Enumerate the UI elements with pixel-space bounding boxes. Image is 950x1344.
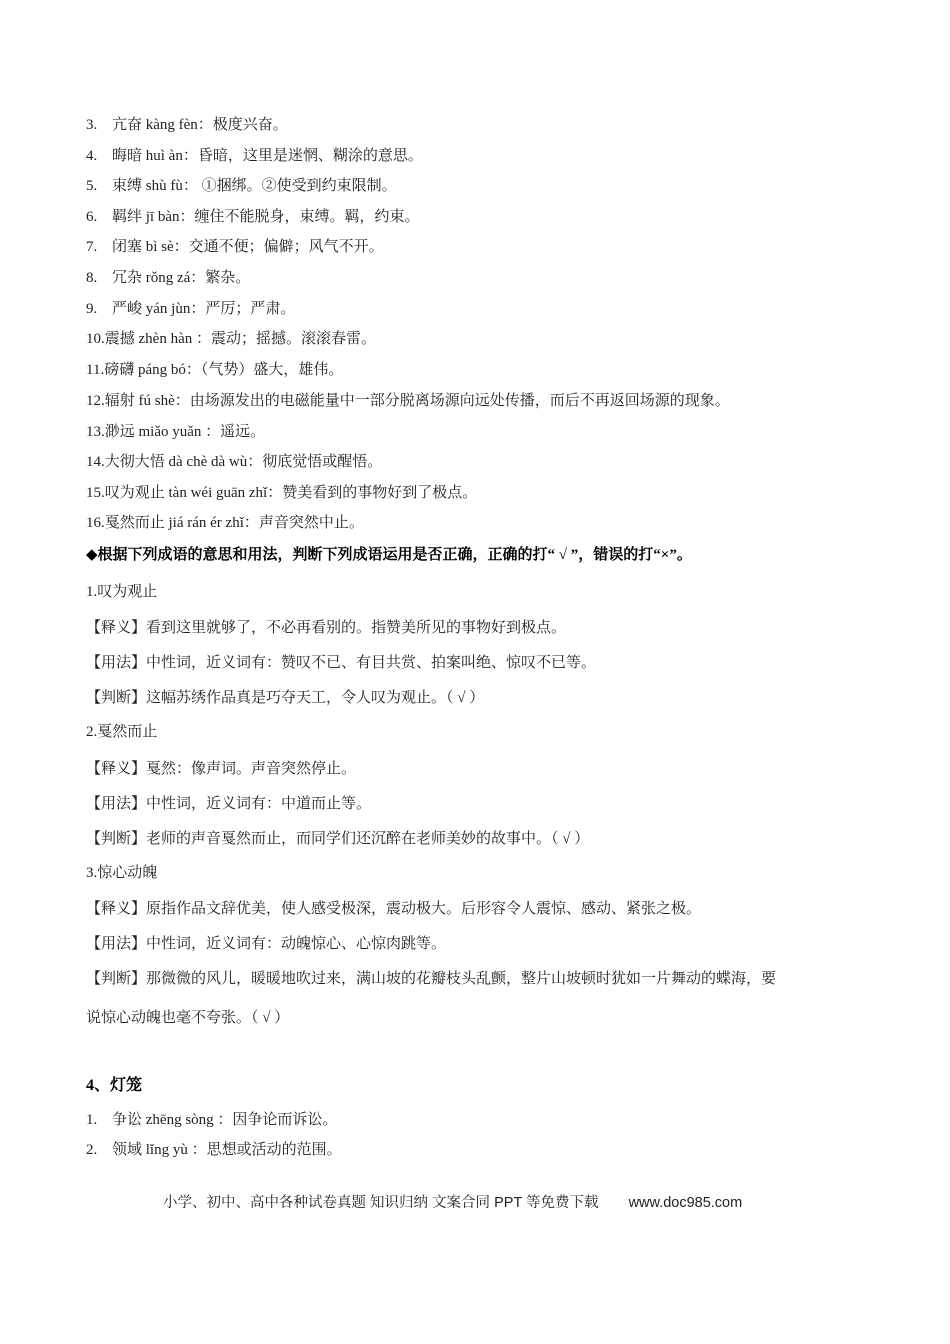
item-number: 6. [86, 207, 112, 227]
item-text: 大彻大悟 dà chè dà wù：彻底觉悟或醒悟。 [105, 454, 382, 470]
item-text: 羁绊 jī bàn：缠住不能脱身，束缚。羁，约束。 [112, 209, 420, 225]
vocab-item: 2.领域 lǐng yù ：思想或活动的范围。 [86, 1140, 342, 1160]
idiom-meaning: 【释义】原指作品文辞优美，使人感受极深，震动极大。后形容令人震惊、感动、紧张之极… [86, 899, 701, 919]
item-text: 冗杂 rǒng zá：繁杂。 [112, 270, 250, 286]
vocab-item: 5.束缚 shù fù： ①捆绑。②使受到约束限制。 [86, 176, 397, 196]
item-text: 渺远 miǎo yuǎn ：遥远。 [105, 424, 265, 440]
item-text: 叹为观止 tàn wéi guān zhǐ：赞美看到的事物好到了极点。 [105, 485, 477, 501]
item-text: 严峻 yán jùn：严厉；严肃。 [112, 301, 295, 317]
idiom-judgment: 【判断】这幅苏绣作品真是巧夺天工，令人叹为观止。（ √ ） [86, 688, 484, 708]
item-number: 8. [86, 268, 112, 288]
vocab-item: 15.叹为观止 tàn wéi guān zhǐ：赞美看到的事物好到了极点。 [86, 483, 477, 503]
item-number: 1. [86, 1110, 112, 1130]
item-number: 16. [86, 513, 105, 533]
item-number: 14. [86, 452, 105, 472]
vocab-item: 16.戛然而止 jiá rán ér zhǐ：声音突然中止。 [86, 513, 364, 533]
item-text: 亢奋 kàng fèn：极度兴奋。 [112, 117, 288, 133]
item-text: 震撼 zhèn hàn ：震动；摇撼。滚滚春雷。 [105, 331, 376, 347]
footer-url[interactable]: www.doc985.com [629, 1195, 743, 1211]
idiom-title: 3.惊心动魄 [86, 863, 157, 883]
item-text: 领域 lǐng yù ：思想或活动的范围。 [112, 1142, 342, 1158]
idiom-judgment-continued: 说惊心动魄也毫不夸张。（ √ ） [86, 1008, 289, 1028]
item-number: 11. [86, 360, 104, 380]
idiom-title: 2.戛然而止 [86, 722, 157, 742]
vocab-item: 12.辐射 fú shè：由场源发出的电磁能量中一部分脱离场源向远处传播，而后不… [86, 391, 730, 411]
idiom-meaning: 【释义】看到这里就够了，不必再看别的。指赞美所见的事物好到极点。 [86, 618, 566, 638]
vocab-item: 7.闭塞 bì sè：交通不便；偏僻；风气不开。 [86, 237, 384, 257]
section-heading: 4、灯笼 [86, 1076, 142, 1096]
item-text: 磅礴 páng bó：（气势）盛大，雄伟。 [104, 362, 343, 378]
vocab-item: 4.晦暗 huì àn：昏暗，这里是迷惘、糊涂的意思。 [86, 146, 423, 166]
idiom-title: 1.叹为观止 [86, 582, 157, 602]
item-number: 5. [86, 176, 112, 196]
idiom-usage: 【用法】中性词，近义词有：动魄惊心、心惊肉跳等。 [86, 934, 446, 954]
item-number: 7. [86, 237, 112, 257]
document-page: 3.亢奋 kàng fèn：极度兴奋。 4.晦暗 huì àn：昏暗，这里是迷惘… [0, 0, 950, 1344]
idiom-judgment: 【判断】那微微的风儿，暖暖地吹过来，满山坡的花瓣枝头乱颤，整片山坡顿时犹如一片舞… [86, 969, 776, 989]
item-number: 3. [86, 115, 112, 135]
exercise-instruction: ◆根据下列成语的意思和用法，判断下列成语运用是否正确，正确的打“ √ ”，错误的… [86, 545, 692, 565]
item-number: 10. [86, 329, 105, 349]
item-number: 15. [86, 483, 105, 503]
vocab-item: 13.渺远 miǎo yuǎn ：遥远。 [86, 422, 265, 442]
idiom-meaning: 【释义】戛然：像声词。声音突然停止。 [86, 759, 356, 779]
footer-text: 小学、初中、高中各种试卷真题 知识归纳 文案合同 PPT 等免费下载 [163, 1195, 599, 1211]
vocab-item: 11.磅礴 páng bó：（气势）盛大，雄伟。 [86, 360, 343, 380]
vocab-item: 8.冗杂 rǒng zá：繁杂。 [86, 268, 250, 288]
item-number: 13. [86, 422, 105, 442]
item-text: 争讼 zhēng sòng ：因争论而诉讼。 [112, 1112, 337, 1128]
idiom-judgment: 【判断】老师的声音戛然而止，而同学们还沉醉在老师美妙的故事中。（ √ ） [86, 829, 589, 849]
item-text: 晦暗 huì àn：昏暗，这里是迷惘、糊涂的意思。 [112, 148, 423, 164]
item-text: 闭塞 bì sè：交通不便；偏僻；风气不开。 [112, 239, 384, 255]
item-text: 束缚 shù fù： ①捆绑。②使受到约束限制。 [112, 178, 397, 194]
vocab-item: 9.严峻 yán jùn：严厉；严肃。 [86, 299, 295, 319]
idiom-usage: 【用法】中性词，近义词有：赞叹不已、有目共赏、拍案叫绝、惊叹不已等。 [86, 653, 596, 673]
item-text: 辐射 fú shè：由场源发出的电磁能量中一部分脱离场源向远处传播，而后不再返回… [105, 393, 730, 409]
idiom-usage: 【用法】中性词，近义词有：中道而止等。 [86, 794, 371, 814]
vocab-item: 1.争讼 zhēng sòng ：因争论而诉讼。 [86, 1110, 337, 1130]
item-number: 12. [86, 391, 105, 411]
vocab-item: 6.羁绊 jī bàn：缠住不能脱身，束缚。羁，约束。 [86, 207, 420, 227]
item-text: 戛然而止 jiá rán ér zhǐ：声音突然中止。 [105, 515, 364, 531]
vocab-item: 14.大彻大悟 dà chè dà wù：彻底觉悟或醒悟。 [86, 452, 382, 472]
page-footer: 小学、初中、高中各种试卷真题 知识归纳 文案合同 PPT 等免费下载www.do… [163, 1191, 742, 1212]
vocab-item: 3.亢奋 kàng fèn：极度兴奋。 [86, 115, 288, 135]
item-number: 4. [86, 146, 112, 166]
item-number: 2. [86, 1140, 112, 1160]
vocab-item: 10.震撼 zhèn hàn ：震动；摇撼。滚滚春雷。 [86, 329, 376, 349]
item-number: 9. [86, 299, 112, 319]
